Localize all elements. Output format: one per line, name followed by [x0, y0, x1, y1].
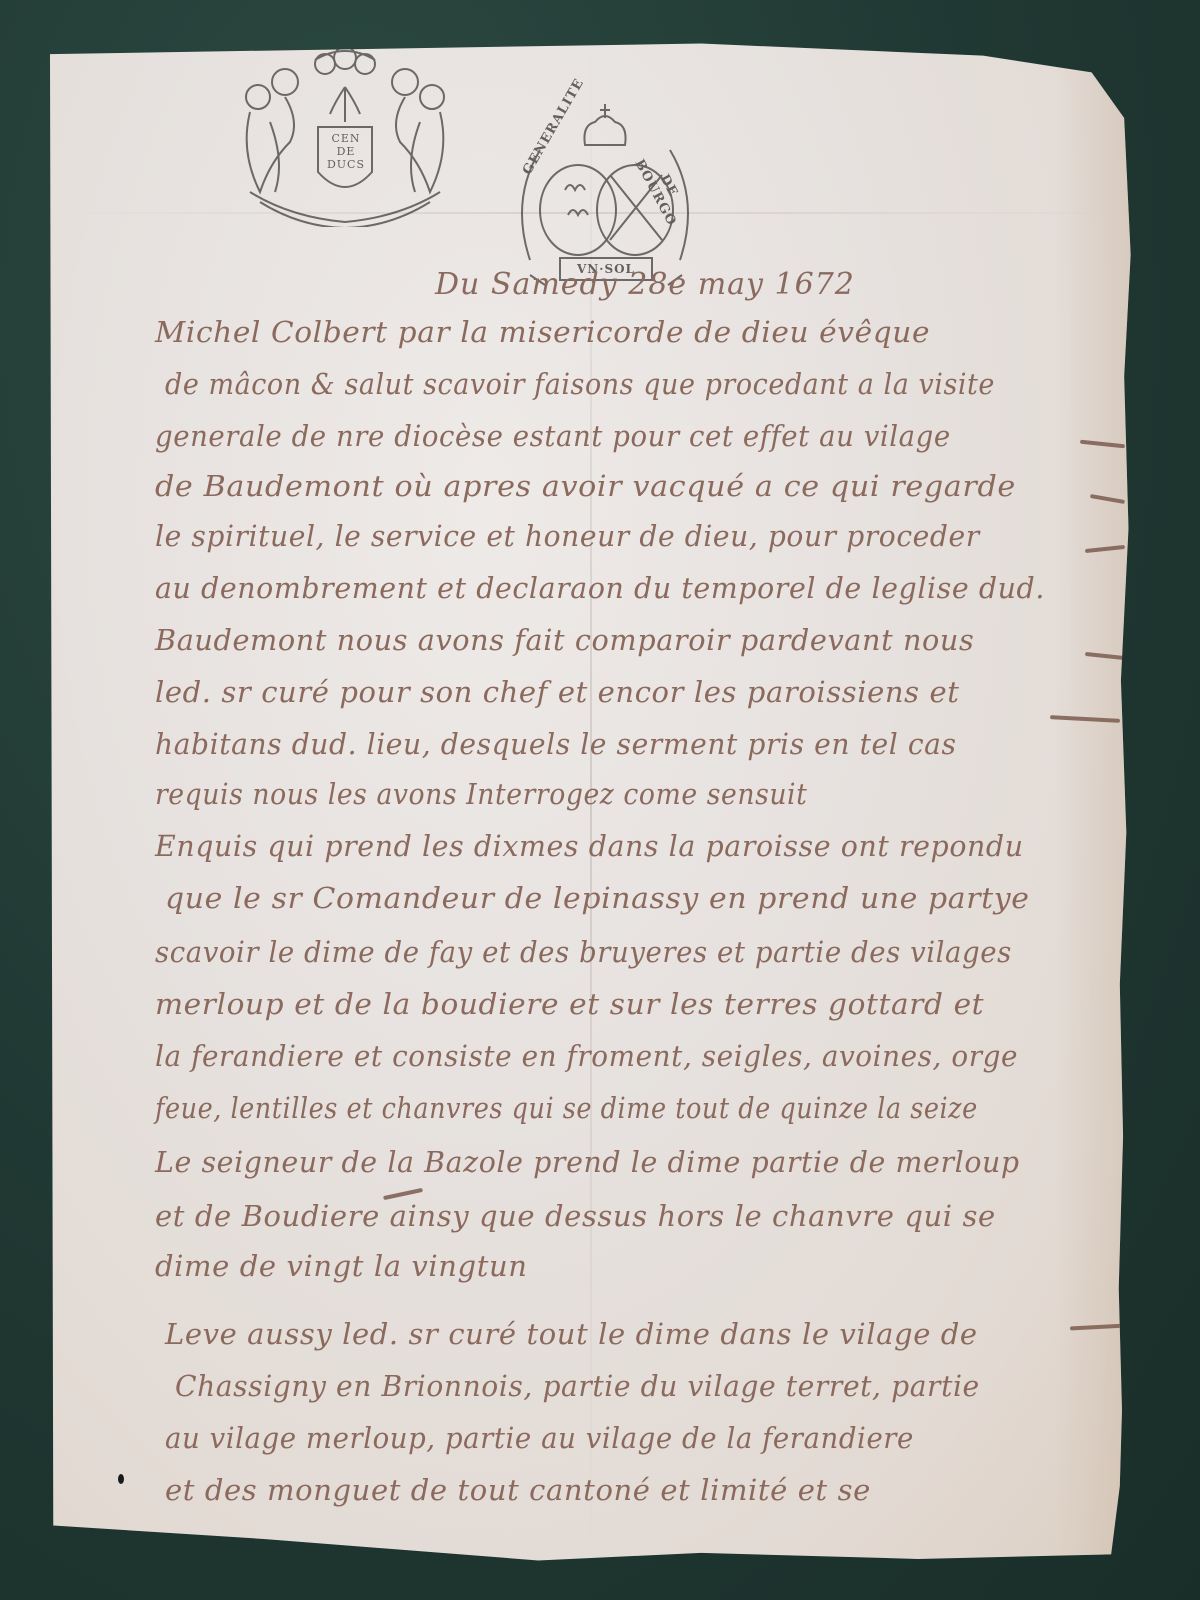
manuscript-line: Michel Colbert par la misericorde de die…	[155, 315, 930, 349]
manuscript-line: Leve aussy led. sr curé tout le dime dan…	[165, 1317, 978, 1351]
manuscript-line: au vilage merloup, partie au vilage de l…	[165, 1421, 914, 1455]
left-stamp-text-line-1: CEN	[324, 132, 368, 145]
manuscript-line: dime de vingt la vingtun	[155, 1249, 528, 1283]
manuscript-line: de mâcon & salut scavoir faisons que pro…	[165, 367, 995, 401]
manuscript-line: le spirituel, le service et honeur de di…	[155, 519, 980, 553]
manuscript-line: de Baudemont où apres avoir vacqué a ce …	[155, 469, 1016, 503]
manuscript-line: merloup et de la boudiere et sur les ter…	[155, 987, 984, 1021]
manuscript-line: habitans dud. lieu, desquels le serment …	[155, 727, 957, 761]
manuscript-line: Baudemont nous avons fait comparoir pard…	[155, 623, 974, 657]
manuscript-line: Enquis qui prend les dixmes dans la paro…	[155, 829, 1024, 863]
manuscript-line: la ferandiere et consiste en froment, se…	[155, 1039, 1018, 1073]
manuscript-line: que le sr Comandeur de lepinassy en pren…	[165, 881, 1030, 915]
left-stamp-text-line-3: DUCS	[324, 158, 368, 171]
crowned-shields-icon	[490, 90, 720, 290]
manuscript-line: et de Boudiere ainsy que dessus hors le …	[155, 1199, 996, 1233]
manuscript-line: requis nous les avons Interrogez come se…	[155, 777, 807, 811]
generalite-fiscal-stamp: GENERALITE DE BOURGO VN·SOL	[490, 90, 720, 290]
manuscript-line: et des monguet de tout cantoné et limité…	[165, 1473, 871, 1507]
manuscript-line: generale de nre diocèse estant pour cet …	[155, 419, 951, 453]
date-heading: Du Samedy 28e may 1672	[435, 267, 855, 302]
manuscript-line: au denombrement et declaraon du temporel…	[155, 571, 1045, 605]
left-stamp-text-line-2: DE	[324, 145, 368, 158]
left-stamp-text: CEN DE DUCS	[324, 132, 368, 171]
manuscript-line: Chassigny en Brionnois, partie du vilage…	[175, 1369, 980, 1403]
manuscript-line: led. sr curé pour son chef et encor les …	[155, 675, 959, 709]
manuscript-line: feue, lentilles et chanvres qui se dime …	[155, 1091, 978, 1125]
manuscript-line: Le seigneur de la Bazole prend le dime p…	[155, 1145, 1020, 1179]
manuscript-line: scavoir le dime de fay et des bruyeres e…	[155, 935, 1012, 969]
ornate-putti-stamp: CEN DE DUCS	[230, 42, 460, 227]
manuscript-page: CEN DE DUCS	[50, 42, 1135, 1562]
paper-hole	[118, 1474, 124, 1484]
